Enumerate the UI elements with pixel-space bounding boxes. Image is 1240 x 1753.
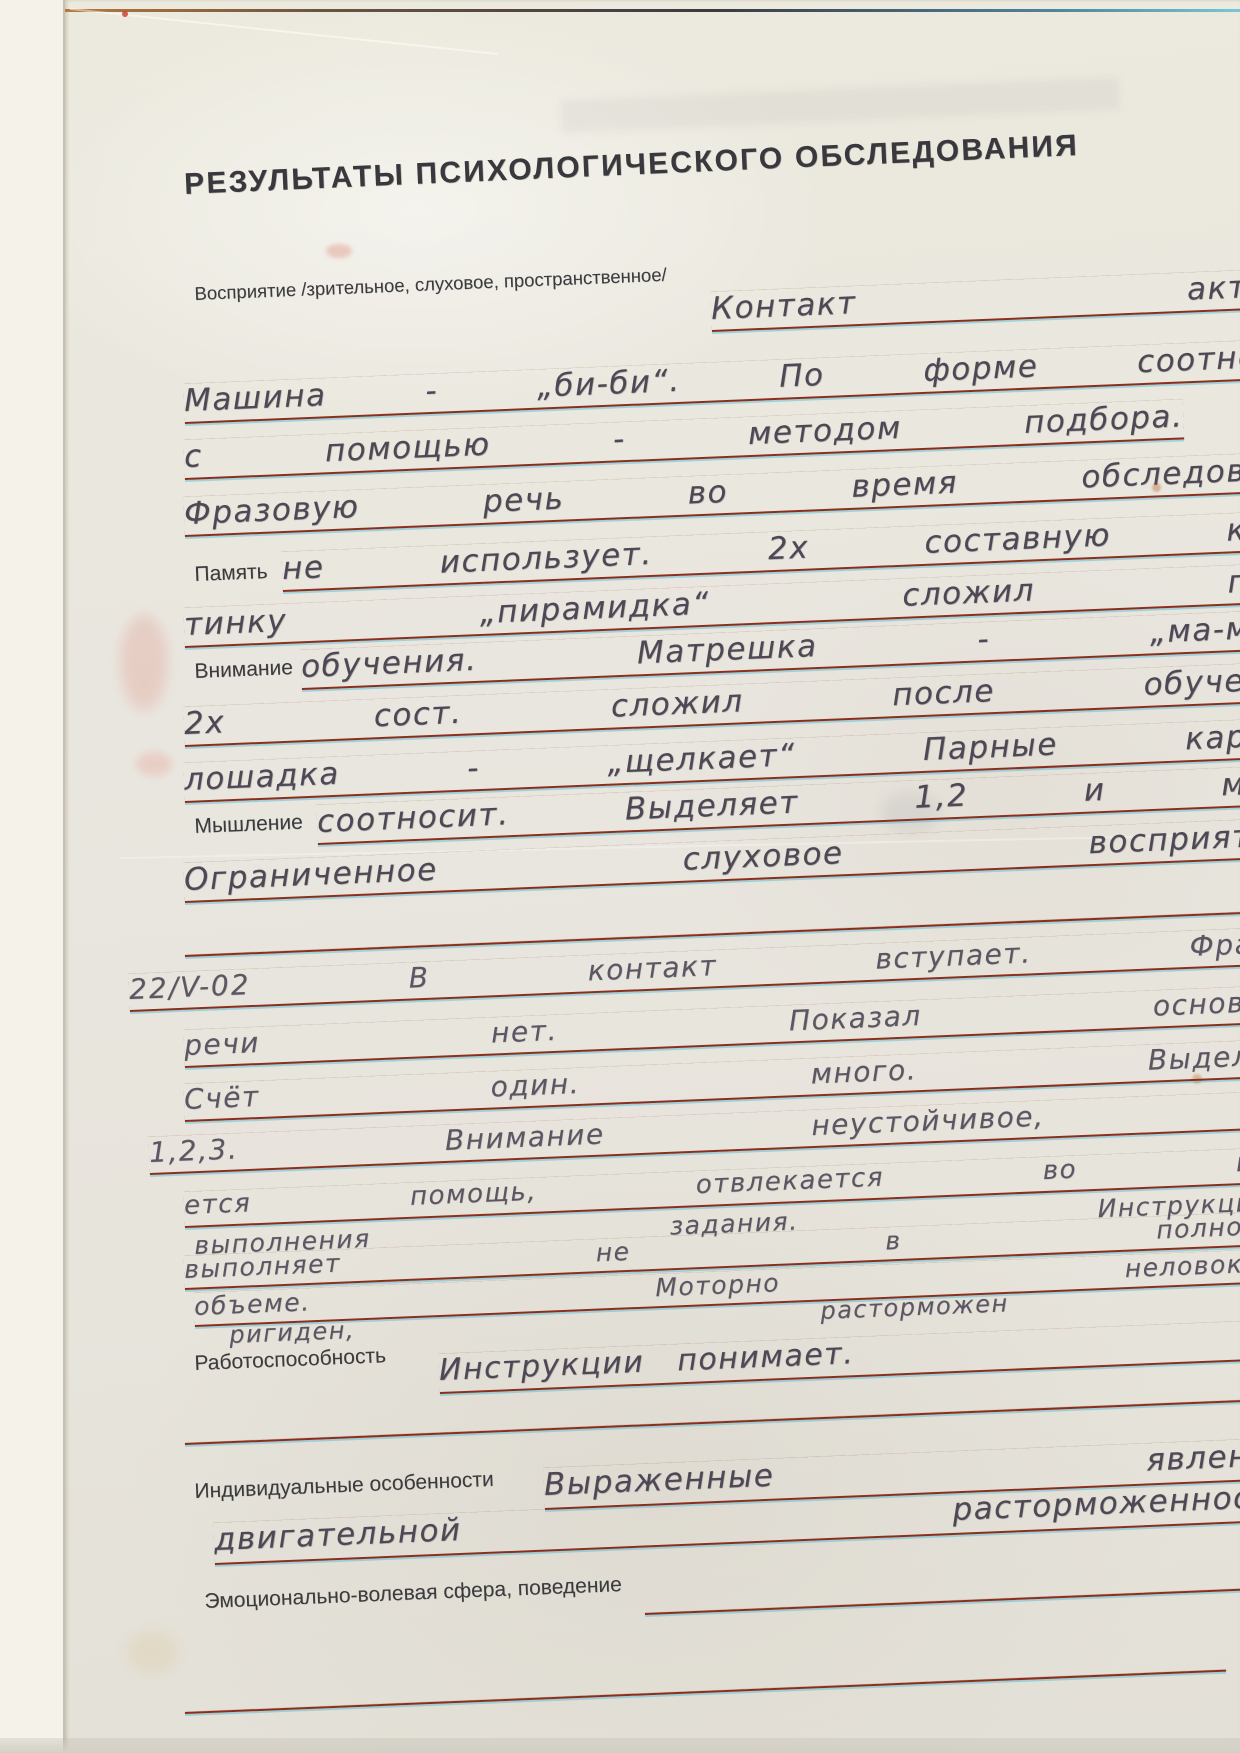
paper-left-edge [63, 0, 65, 1753]
field-label-thinking: Мышление [194, 811, 303, 839]
field-label-memory: Память [194, 560, 268, 587]
pink-smudge [326, 244, 352, 258]
scan-bottom-edge [0, 1738, 1240, 1753]
pink-smudge [120, 615, 168, 710]
red-speck [122, 11, 128, 17]
scanned-document-page: РЕЗУЛЬТАТЫ ПСИХОЛОГИЧЕСКОГО ОБСЛЕДОВАНИЯ… [0, 0, 1240, 1753]
yellow-stain [126, 1630, 180, 1674]
pink-smudge [136, 752, 172, 776]
scan-top-edge-artifact [65, 9, 1240, 12]
entry-date: 22/V-02 [128, 968, 251, 1006]
field-label-attention: Внимание [194, 656, 293, 684]
